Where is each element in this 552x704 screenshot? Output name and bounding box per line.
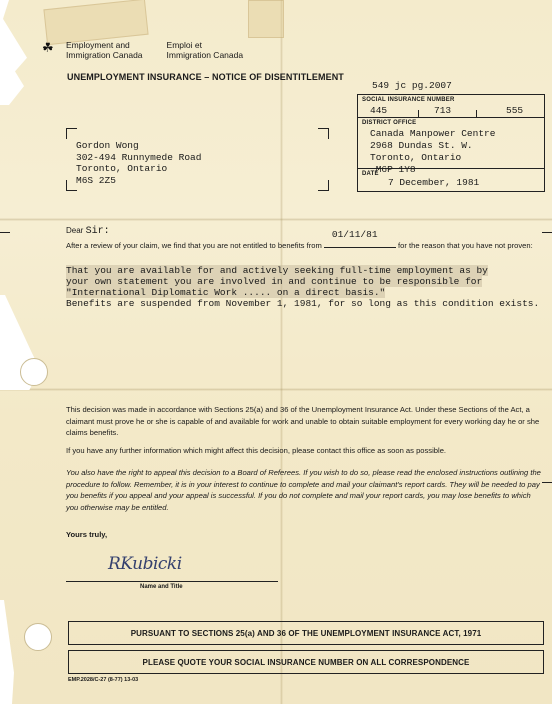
district-office-row: DISTRICT OFFICE Canada Manpower Centre 2…	[358, 118, 544, 169]
reason-text: That you are available for and actively …	[66, 265, 539, 309]
tape-strip	[43, 0, 148, 45]
department-french: Emploi et Immigration Canada	[167, 40, 244, 60]
punch-hole	[20, 358, 48, 386]
punch-hole	[24, 623, 52, 651]
margin-mark	[542, 482, 552, 483]
margin-mark	[542, 232, 552, 233]
form-number: EMP.2028/C-27 (8-77) 13-03	[68, 677, 138, 683]
district-office-label: DISTRICT OFFICE	[362, 120, 416, 126]
tape-strip	[248, 0, 284, 38]
signature: RKubicki	[108, 554, 182, 574]
legal-notice: PURSUANT TO SECTIONS 25(a) AND 36 OF THE…	[68, 621, 544, 645]
horizontal-fold	[0, 388, 552, 391]
document-title: UNEMPLOYMENT INSURANCE – NOTICE OF DISEN…	[67, 72, 344, 82]
address-bracket	[66, 128, 77, 139]
letterhead: ☘ Employment and Immigration Canada Empl…	[42, 40, 243, 60]
address-bracket	[318, 180, 329, 191]
info-box: SOCIAL INSURANCE NUMBER 445 713 555 DIST…	[357, 94, 545, 192]
from-date-field: 01/11/81	[324, 238, 396, 248]
sin-part: 555	[506, 105, 523, 116]
address-bracket	[318, 128, 329, 139]
reason-highlight: That you are available for and actively …	[66, 265, 488, 298]
torn-edge	[0, 600, 40, 704]
suspension-text: Benefits are suspended from November 1, …	[66, 298, 539, 309]
sin-reminder-notice: PLEASE QUOTE YOUR SOCIAL INSURANCE NUMBE…	[68, 650, 544, 674]
department-english: Employment and Immigration Canada	[66, 40, 143, 60]
sin-label: SOCIAL INSURANCE NUMBER	[362, 97, 455, 103]
date-value: 7 December, 1981	[388, 177, 479, 188]
date-label: DATE	[362, 171, 379, 177]
salutation: Dear Sir:	[66, 226, 110, 237]
sin-part: 713	[434, 105, 451, 116]
horizontal-fold	[0, 218, 552, 221]
sin-separator	[418, 110, 419, 117]
decision-paragraph: This decision was made in accordance wit…	[66, 404, 544, 439]
maple-leaf-icon: ☘	[42, 42, 54, 54]
signature-label: Name and Title	[140, 584, 183, 590]
sin-part: 445	[370, 105, 387, 116]
sin-row: SOCIAL INSURANCE NUMBER 445 713 555	[358, 95, 544, 118]
margin-mark	[0, 232, 10, 233]
date-row: DATE 7 December, 1981	[358, 169, 544, 191]
recipient-address: Gordon Wong 302-494 Runnymede Road Toron…	[76, 140, 201, 186]
document-page: ☘ Employment and Immigration Canada Empl…	[0, 0, 552, 704]
contact-paragraph: If you have any further information whic…	[66, 445, 544, 457]
sin-separator	[476, 110, 477, 117]
vertical-fold	[280, 0, 283, 704]
closing: Yours truly,	[66, 530, 107, 539]
appeal-paragraph: You also have the right to appeal this d…	[66, 467, 544, 513]
signature-line	[66, 581, 278, 582]
finding-paragraph: After a review of your claim, we find th…	[66, 238, 546, 252]
reference-number: 549 jc pg.2007	[372, 80, 452, 91]
